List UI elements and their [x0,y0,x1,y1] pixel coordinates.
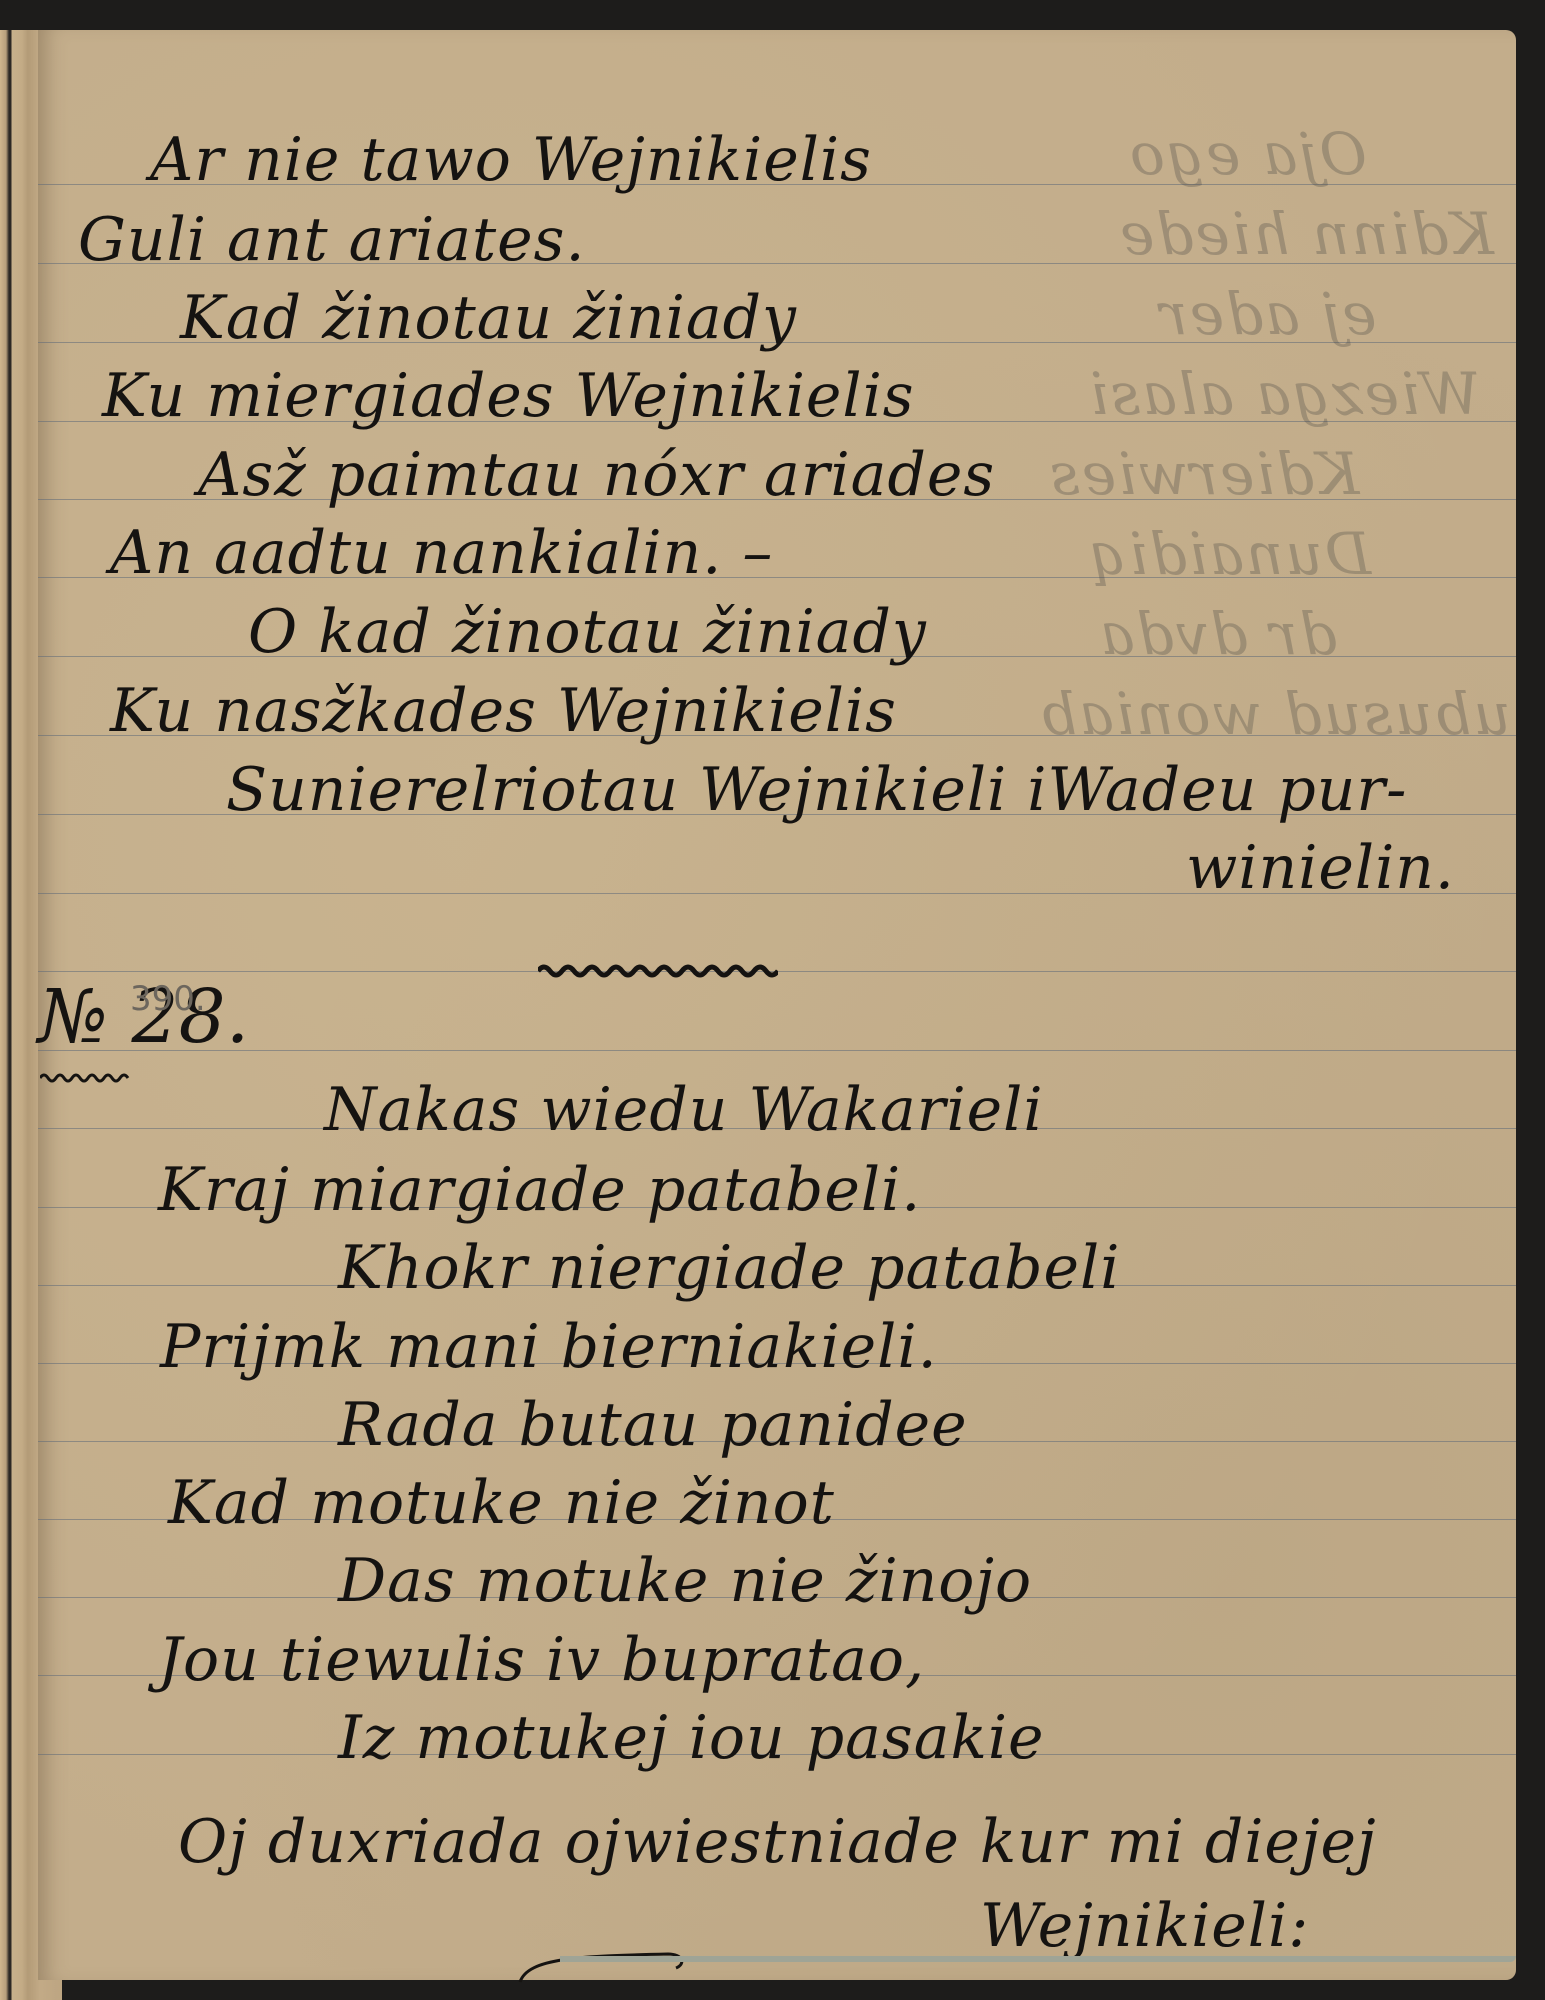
bleed-through-text: Kdinn hiede [1118,200,1494,268]
pencil-page-note: 390. [130,982,206,1016]
verse-line: Guli ant ariates. [78,210,586,270]
closing-flourish [518,1948,688,1984]
verse-line: Iz motukej iou pasakie [338,1708,1045,1768]
bleed-through-text: ubusud woniab [1038,680,1511,748]
verse-line: Wejnikieli: [980,1896,1309,1956]
verse-line: Prijmk mani bierniakieli. [160,1317,938,1377]
song-number-underline [40,1071,130,1085]
verse-line: O kad žinotau žiniady [248,602,927,662]
verse-line: An aadtu nankialin. – [110,523,773,583]
verse-line: Sunierelriotau Wejnikieli iWadeu pur- [226,760,1407,820]
verse-line: Oj duxriada ojwiestniade kur mi diejej [178,1812,1377,1872]
verse-line: Kad žinotau žiniady [180,288,797,348]
verse-line: Nakas wiedu Wakarieli [324,1080,1044,1140]
verse-line: Rada butau panidee [338,1395,968,1455]
verse-line: winielin. [1186,838,1455,898]
verse-line: Ku miergiades Wejnikielis [102,366,915,426]
scanned-page: Oja ego Kdinn hiede ej ader Wiezga alasi… [0,0,1545,2000]
verse-line: Ar nie tawo Wejnikielis [150,130,872,190]
page-edge [560,1956,1516,1962]
verse-line: Khokr niergiade patabeli [338,1238,1120,1298]
notebook-page: Oja ego Kdinn hiede ej ader Wiezga alasi… [38,30,1516,1980]
verse-line: Jou tiewulis iv bupratao, [158,1630,925,1690]
verse-line: Das motuke nie žinojo [338,1551,1032,1611]
section-divider [538,960,778,982]
verse-line: Asž paimtau nóxr ariades [198,445,995,505]
verse-line: Kraj miargiade patabeli. [158,1160,921,1220]
bleed-through-text: dr dvda [1098,600,1337,668]
bleed-through-text: ej ader [1158,280,1377,348]
verse-line: Kad motuke nie žinot [168,1473,835,1533]
ruled-line [38,1050,1516,1051]
bleed-through-text: Kdierwies [1048,440,1359,508]
bleed-through-text: Wiezga alasi [1088,360,1480,428]
bleed-through-text: Dunaidiq [1088,520,1371,588]
verse-line: Ku nasžkades Wejnikielis [110,681,897,741]
bleed-through-text: Oja ego [1128,120,1367,188]
